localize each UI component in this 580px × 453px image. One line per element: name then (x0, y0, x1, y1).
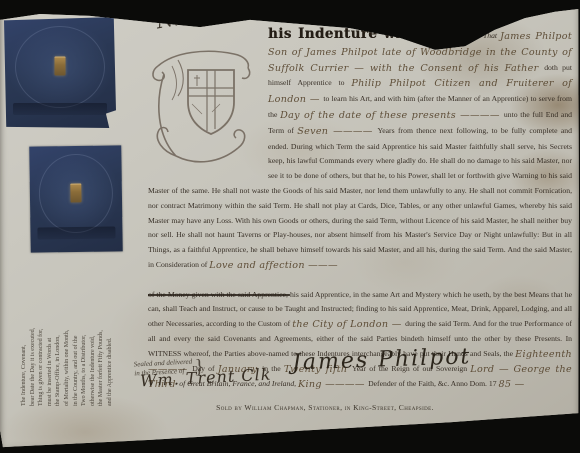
stamp-gold-emboss (55, 56, 66, 75)
printed-italic-text: That (483, 31, 500, 40)
engraved-dropcap-with-london-shield (148, 44, 262, 172)
handwritten-text: Day of the date of these presents ———— (280, 110, 504, 121)
indenture-body-paragraph-1: his Indenture witnesseth, That James Phi… (148, 28, 572, 273)
parchment-paper: The Indenture, Covenant, bear Date the D… (0, 0, 580, 453)
stamp-gold-emboss (70, 183, 81, 202)
scanned-indenture-document: The Indenture, Covenant, bear Date the D… (0, 0, 580, 453)
stamp-bottom-band (38, 227, 115, 240)
margin-notice-text: The Indenture, Covenant, bear Date the D… (20, 288, 115, 406)
blackletter-heading: his Indenture witnesseth, (268, 26, 478, 42)
faint-corner-marks: N S (524, 418, 556, 427)
handwritten-text: King ———— (298, 379, 368, 390)
blue-revenue-stamp-bottom (29, 145, 122, 252)
handwritten-text: Seven ———— (297, 126, 377, 137)
printed-text: Defender of the Faith, &c. Anno Dom. 17 (368, 379, 498, 388)
blue-revenue-stamp-top (4, 17, 116, 128)
ornamental-initial-T (148, 44, 262, 172)
stationer-imprint: Sold by William Chapman, Stationer, in K… (160, 403, 490, 412)
rotated-margin-notice: The Indenture, Covenant, bear Date the D… (26, 282, 130, 402)
handwritten-text: the City of London — (292, 319, 405, 330)
stamp-bottom-band (13, 103, 107, 115)
struck-printed-text: of the Money given with the said Apprent… (148, 290, 290, 299)
handwritten-text: 85 — (499, 379, 525, 390)
handwritten-text: Love and affection ——— (209, 260, 338, 271)
